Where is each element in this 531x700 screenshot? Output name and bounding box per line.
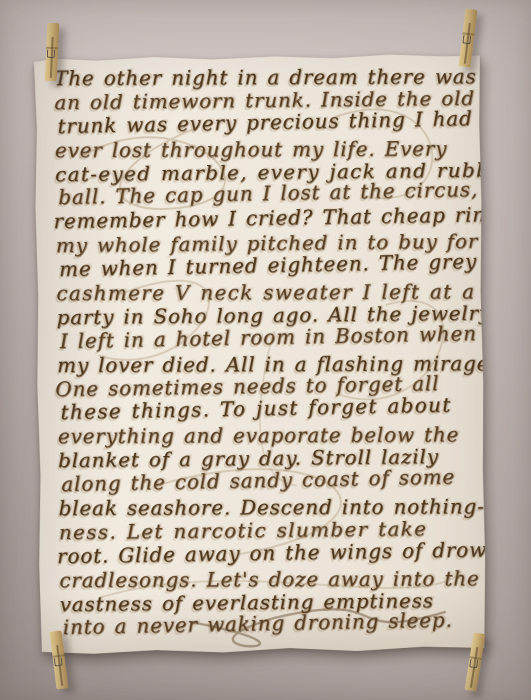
photograph-of-manuscript: The other night in a dream there was an … — [0, 0, 531, 700]
handwriting-line: cradlesongs. Let's doze away into the — [59, 567, 475, 593]
handwriting-line: these things. To just forget about — [60, 394, 476, 426]
clothespin-top-left — [45, 23, 60, 81]
clothespin-spring-icon — [54, 657, 63, 667]
handwriting-line: root. Glide away on the wings of drowsy — [57, 538, 473, 568]
handwriting-line: everything and evaporate below the — [58, 424, 474, 450]
handwriting-line: me when I turned eighteen. The grey — [59, 250, 475, 282]
handwriting-line: into a never waking droning sleep. — [63, 609, 479, 641]
manuscript-paper: The other night in a dream there was an … — [34, 54, 486, 655]
clothespin-spring-icon — [469, 658, 478, 668]
handwritten-text: The other night in a dream there was an … — [34, 54, 486, 641]
handwriting-line: cashmere V neck sweater I left at a — [56, 280, 472, 306]
handwriting-line: The other night in a dream there was — [54, 65, 470, 91]
handwriting-line: bleak seashore. Descend into nothing- — [59, 495, 475, 521]
clothespin-spring-icon — [47, 49, 55, 58]
clothespin-spring-icon — [462, 35, 471, 45]
paper-shadow-wrap: The other night in a dream there was an … — [34, 54, 486, 655]
handwriting-line: along the cold sandy coast of some — [61, 465, 477, 497]
handwriting-line: ever lost throughout my life. Every — [55, 137, 471, 163]
